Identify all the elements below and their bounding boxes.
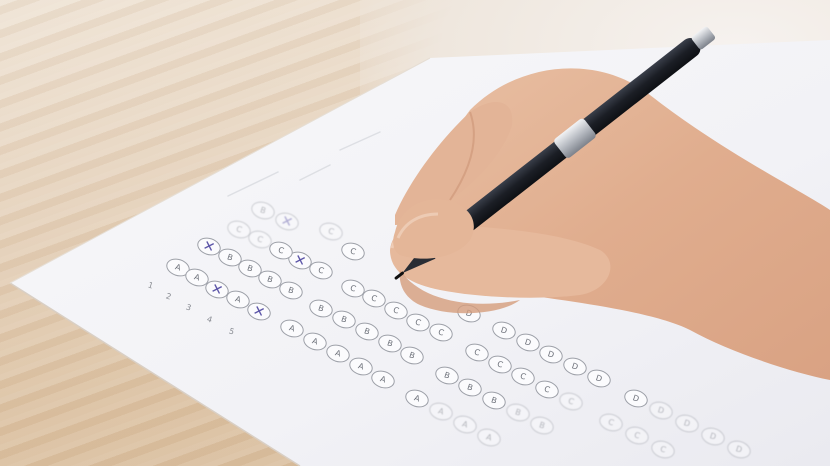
hand-with-pen: [0, 0, 830, 466]
photo-scene: AAABBBBCCCCCCDDDDDDBBBBBAAAAACCCCCBBBBBA…: [0, 0, 830, 466]
